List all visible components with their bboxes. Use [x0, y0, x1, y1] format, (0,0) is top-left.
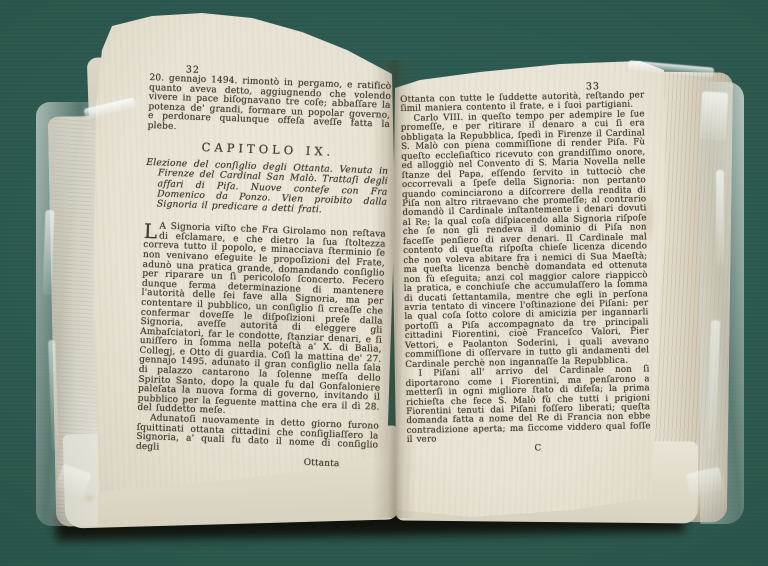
left-body-paragraph-1-text: A Signoria viſto che Fra Girolamo non re… [137, 222, 386, 417]
left-page-text-block: 32 20. gennajo 1494. rimontò in pergamo,… [135, 64, 391, 472]
photo-of-open-book: 32 20. gennajo 1494. rimontò in pergamo,… [0, 0, 768, 566]
left-body-paragraph-1: LA Signoria viſto che Fra Girolamo non r… [137, 222, 386, 423]
right-paragraph-3: I Piſani all' arrivo del Cardinale non ſ… [405, 365, 650, 445]
plastic-wrap-left [36, 102, 98, 526]
chapter-argument: Elezione del conſiglio degli Ottanta. Ve… [145, 158, 389, 218]
right-page-text-block: 33 Ottanta con tutte le ſuddette autorit… [400, 81, 651, 456]
left-continuation-paragraph: 20. gennajo 1494. rimontò in pergamo, e … [148, 74, 392, 140]
plastic-wrap-right [700, 82, 744, 524]
right-paragraph-2: Carlo VIII. in queſto tempo per adempire… [401, 110, 650, 370]
plastic-glint [716, 170, 724, 265]
drop-cap-initial: L [144, 222, 160, 240]
chapter-heading: CAPITOLO IX. [147, 141, 389, 159]
plastic-glint [700, 91, 728, 140]
